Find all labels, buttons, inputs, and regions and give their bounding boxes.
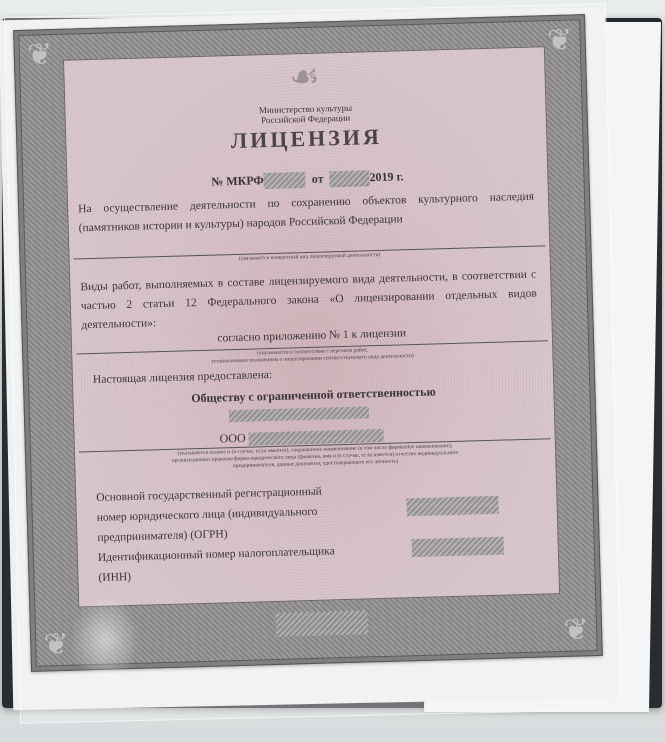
inn-label: Идентификационный номер налогоплательщик…	[98, 540, 389, 588]
sleeve-glare	[70, 595, 140, 685]
certificate-body: ☙ Министерство культуры Российской Федер…	[63, 46, 560, 607]
corner-ornament-icon: ❦	[541, 22, 578, 59]
licensee-prefix: ООО	[219, 431, 245, 446]
redacted-ogrn	[406, 496, 498, 517]
redacted-licensee-name	[229, 406, 369, 422]
activity-text: На осуществление деятельности по сохране…	[78, 188, 535, 239]
license-certificate: ❦ ❦ ❦ ❦ ☙ Министерство культуры Российск…	[13, 14, 603, 672]
redacted-serial	[276, 610, 369, 637]
number-year: 2019 г.	[369, 169, 403, 184]
number-from: от	[312, 172, 324, 186]
number-prefix: № МКРФ	[211, 173, 264, 188]
ogrn-label: Основной государственный регистрационный…	[96, 480, 388, 548]
redacted-inn	[412, 537, 504, 558]
granted-label: Настоящая лицензия предоставлена:	[93, 365, 273, 390]
redacted-date	[329, 170, 369, 187]
corner-ornament-icon: ❦	[558, 612, 595, 649]
coat-of-arms-icon: ☙	[282, 55, 327, 100]
redacted-number	[264, 172, 306, 189]
corner-ornament-icon: ❦	[21, 37, 58, 74]
